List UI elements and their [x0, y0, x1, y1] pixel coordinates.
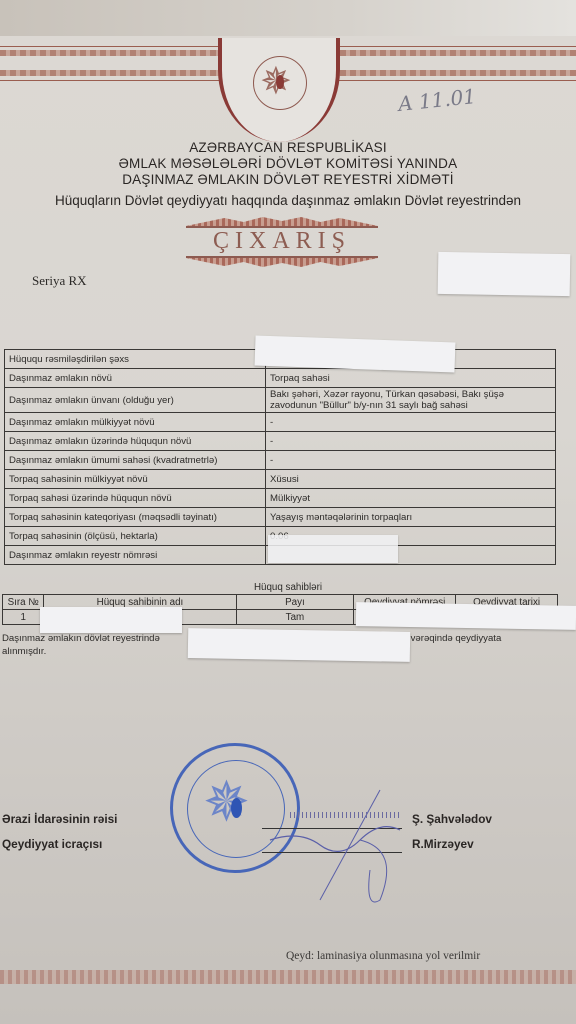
document-title-block: ÇIXARIŞ [186, 216, 378, 264]
header-subtitle: Hüquqların Dövlət qeydiyyatı haqqında da… [0, 193, 576, 208]
note-text-right: 'i vərəqində qeydiyyata [404, 632, 501, 645]
column-header: Payı [236, 595, 354, 610]
row-value: Yaşayış məntəqələrinin torpaqları [266, 508, 556, 527]
owners-title: Hüquq sahibləri [0, 582, 576, 593]
table-row: Daşınmaz əmlakın ünvanı (olduğu yer)Bakı… [5, 388, 556, 413]
footer-note: Qeyd: laminasiya olunmasına yol verilmir [286, 950, 480, 962]
signature-role-2: Qeydiyyat icraçısı [2, 837, 102, 851]
row-value: - [266, 432, 556, 451]
table-row: Daşınmaz əmlakın ümumi sahəsi (kvadratme… [5, 451, 556, 470]
table-cell: 1 [3, 610, 44, 625]
table-row: Daşınmaz əmlakın növüTorpaq sahəsi [5, 369, 556, 388]
signature-name-1: Ş. Şahvələdov [412, 812, 492, 826]
header-line-2: ƏMLAK MƏSƏLƏLƏRİ DÖVLƏT KOMİTƏSİ YANINDA [0, 156, 576, 171]
redaction-sticker-owner-name [40, 607, 182, 633]
row-label: Torpaq sahəsinin mülkiyyət növü [5, 470, 266, 489]
signature-role-1: Ərazi İdarəsinin rəisi [2, 812, 117, 826]
row-label: Torpaq sahəsi üzərində hüququn növü [5, 489, 266, 508]
header-line-1: AZƏRBAYCAN RESPUBLİKASI [0, 140, 576, 155]
series-label: Seriya RX [32, 273, 87, 289]
row-value: Xüsusi [266, 470, 556, 489]
table-cell: Tam [236, 610, 354, 625]
redaction-sticker-note [188, 628, 410, 662]
table-row: Torpaq sahəsi üzərində hüququn növüMülki… [5, 489, 556, 508]
row-value: Bakı şəhəri, Xəzər rayonu, Türkan qəsəbə… [266, 388, 556, 413]
bottom-ornament-band [0, 970, 576, 984]
title-ornament-top [186, 216, 378, 226]
row-label: Hüququ rəsmiləşdirilən şəxs [5, 350, 266, 369]
note-text-line2: alınmışdır. [2, 646, 46, 657]
signature-name-2: R.Mirzəyev [412, 837, 474, 851]
table-row: Daşınmaz əmlakın üzərində hüququn növü- [5, 432, 556, 451]
row-label: Daşınmaz əmlakın ümumi sahəsi (kvadratme… [5, 451, 266, 470]
handwritten-signature-icon [260, 780, 420, 910]
note-text-left: Daşınmaz əmlakın dövlət reyestrində [2, 633, 160, 644]
property-info-table: Hüququ rəsmiləşdirilən şəxsDaşınmaz əmla… [4, 349, 556, 565]
redaction-sticker-registry [268, 535, 398, 563]
row-label: Daşınmaz əmlakın üzərində hüququn növü [5, 432, 266, 451]
title-rule-bottom [186, 256, 378, 258]
row-value: Torpaq sahəsi [266, 369, 556, 388]
table-row: Torpaq sahəsinin mülkiyyət növüXüsusi [5, 470, 556, 489]
row-label: Torpaq sahəsinin kateqoriyası (məqsədli … [5, 508, 266, 527]
table-row: Daşınmaz əmlakın mülkiyyət növü- [5, 413, 556, 432]
row-value: - [266, 451, 556, 470]
row-label: Daşınmaz əmlakın ünvanı (olduğu yer) [5, 388, 266, 413]
redaction-sticker-registration [356, 602, 576, 630]
row-label: Daşınmaz əmlakın reyestr nömrəsi [5, 546, 266, 565]
table-row: Torpaq sahəsinin kateqoriyası (məqsədli … [5, 508, 556, 527]
redaction-sticker-number [438, 252, 571, 296]
header-line-3: DAŞINMAZ ƏMLAKIN DÖVLƏT REYESTRİ XİDMƏTİ [0, 172, 576, 187]
row-label: Daşınmaz əmlakın mülkiyyət növü [5, 413, 266, 432]
row-value: - [266, 413, 556, 432]
state-emblem-icon: ✵ [253, 56, 307, 110]
row-label: Torpaq sahəsinin (ölçüsü, hektarla) [5, 527, 266, 546]
row-value: Mülkiyyət [266, 489, 556, 508]
column-header: Sıra № [3, 595, 44, 610]
document-title: ÇIXARIŞ [186, 228, 378, 255]
row-label: Daşınmaz əmlakın növü [5, 369, 266, 388]
